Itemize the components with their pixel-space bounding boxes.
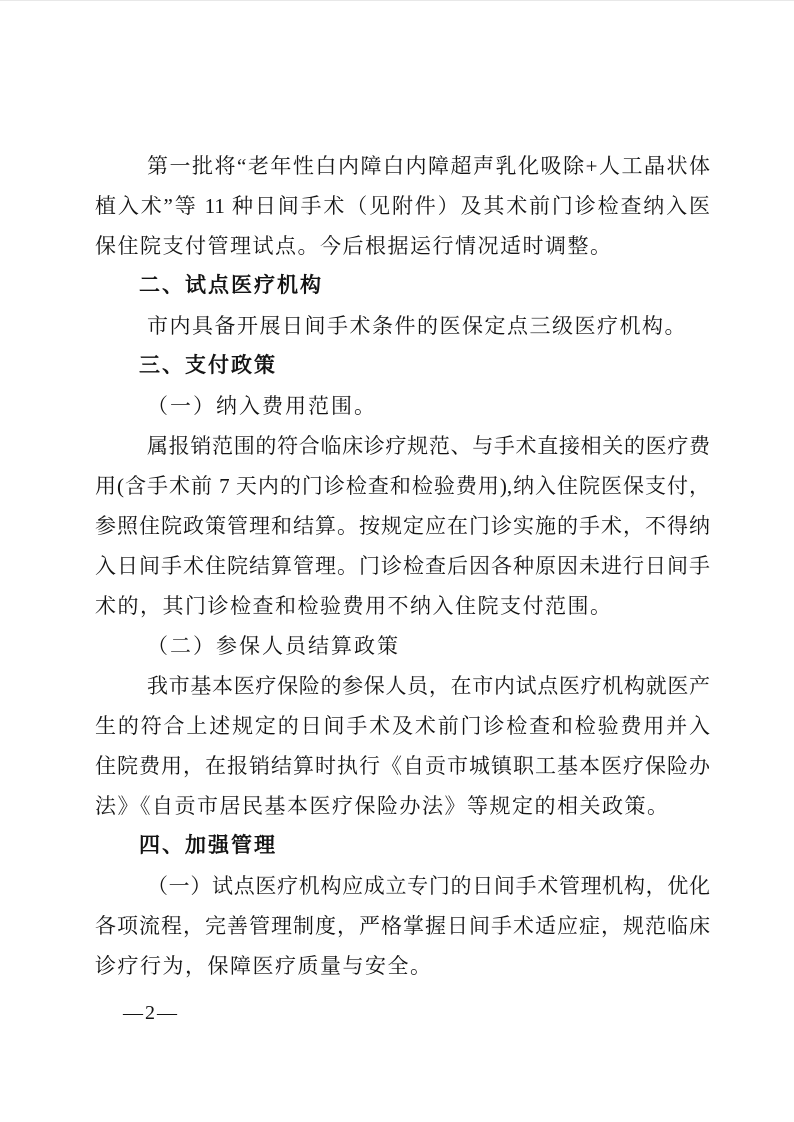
fee-scope-paragraph-line: 入日间手术住院结算管理。门诊检查后因各种原因未进行日间手 <box>95 546 710 586</box>
section-heading-pilot-institutions: 二、试点医疗机构 <box>95 266 710 306</box>
management-paragraph-line: （一）试点医疗机构应成立专门的日间手术管理机构，优化 <box>95 866 710 906</box>
document-content: 第一批将“老年性白内障白内障超声乳化吸除+人工晶状体 植入术”等 11 种日间手… <box>95 146 710 986</box>
section-heading-payment-policy: 三、支付政策 <box>95 346 710 386</box>
document-page: 第一批将“老年性白内障白内障超声乳化吸除+人工晶状体 植入术”等 11 种日间手… <box>0 0 794 1122</box>
settlement-paragraph-line: 住院费用，在报销结算时执行《自贡市城镇职工基本医疗保险办 <box>95 746 710 786</box>
fee-scope-paragraph-line: 属报销范围的符合临床诊疗规范、与手术直接相关的医疗费 <box>95 426 710 466</box>
intro-paragraph-line: 第一批将“老年性白内障白内障超声乳化吸除+人工晶状体 <box>95 146 710 186</box>
management-paragraph-line: 诊疗行为，保障医疗质量与安全。 <box>95 946 710 986</box>
intro-paragraph-line: 保住院支付管理试点。今后根据运行情况适时调整。 <box>95 226 710 266</box>
subsection-heading-fee-scope: （一）纳入费用范围。 <box>95 386 710 426</box>
management-paragraph-line: 各项流程，完善管理制度，严格掌握日间手术适应症，规范临床 <box>95 906 710 946</box>
intro-paragraph-line: 植入术”等 11 种日间手术（见附件）及其术前门诊检查纳入医 <box>95 186 710 226</box>
page-number: —2— <box>123 997 179 1029</box>
settlement-paragraph-line: 生的符合上述规定的日间手术及术前门诊检查和检验费用并入 <box>95 706 710 746</box>
fee-scope-paragraph-line: 参照住院政策管理和结算。按规定应在门诊实施的手术，不得纳 <box>95 506 710 546</box>
settlement-paragraph-line: 法》《自贡市居民基本医疗保险办法》等规定的相关政策。 <box>95 786 710 826</box>
settlement-paragraph-line: 我市基本医疗保险的参保人员，在市内试点医疗机构就医产 <box>95 666 710 706</box>
fee-scope-paragraph-line: 术的，其门诊检查和检验费用不纳入住院支付范围。 <box>95 586 710 626</box>
section2-paragraph-line: 市内具备开展日间手术条件的医保定点三级医疗机构。 <box>95 306 710 346</box>
subsection-heading-settlement-policy: （二）参保人员结算政策 <box>95 626 710 666</box>
section-heading-strengthen-management: 四、加强管理 <box>95 826 710 866</box>
fee-scope-paragraph-line: 用(含手术前 7 天内的门诊检查和检验费用),纳入住院医保支付， <box>95 466 710 506</box>
